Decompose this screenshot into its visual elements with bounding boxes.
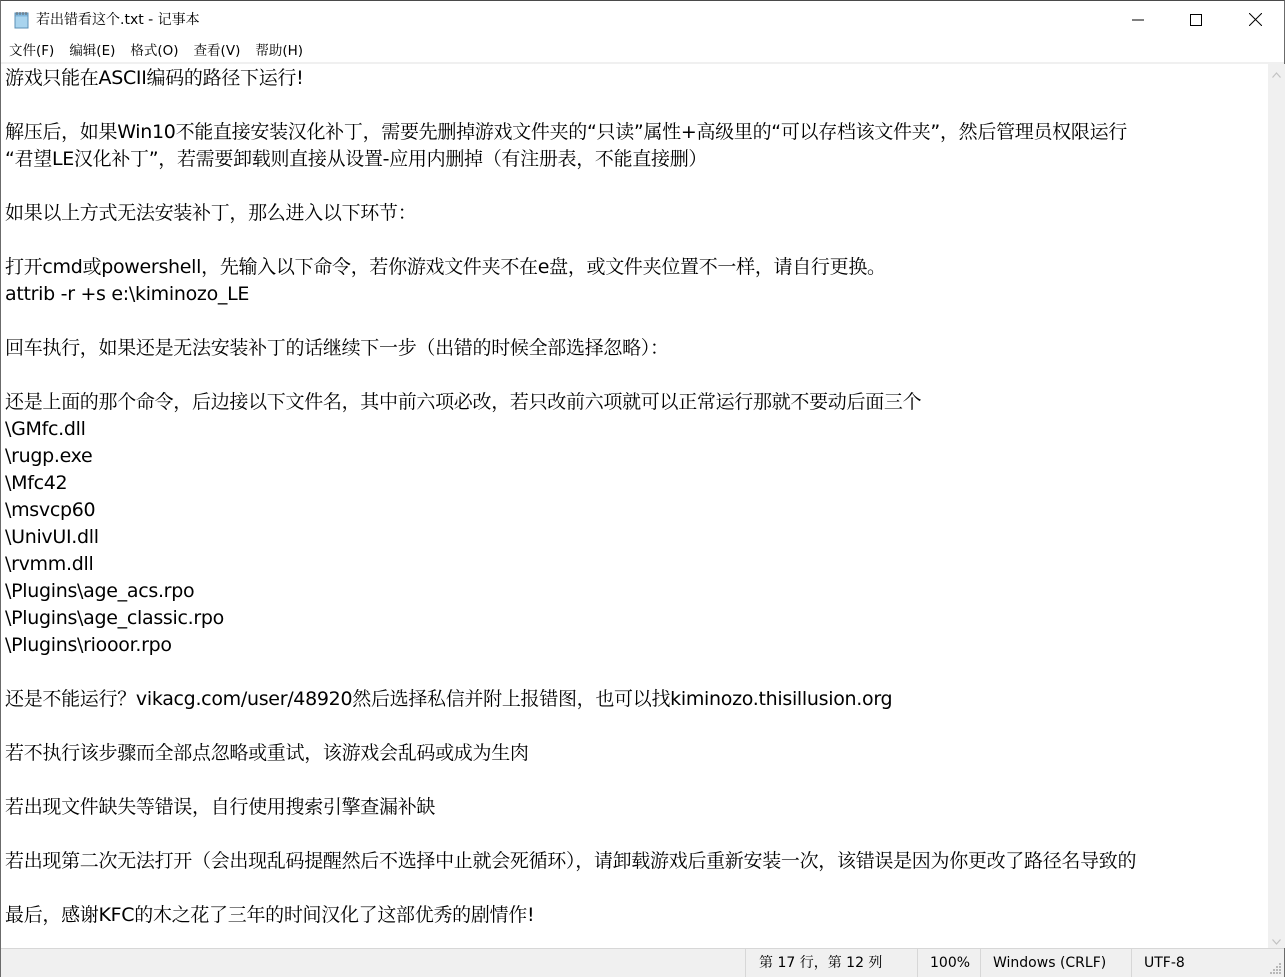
vertical-scrollbar[interactable] [1268,64,1285,948]
close-button[interactable] [1226,1,1284,39]
minimize-button[interactable] [1109,1,1167,39]
chevron-up-icon [1272,63,1281,82]
minimize-icon [1132,11,1144,30]
text-line: 若不执行该步骤而全部点忽略或重试，该游戏会乱码或成为生肉 [5,740,529,767]
text-line: \Plugins\riooor.rpo [5,632,172,659]
text-line: 回车执行，如果还是无法安装补丁的话继续下一步（出错的时候全部选择忽略）： [5,335,669,362]
text-line: “君望LE汉化补丁”，若需要卸载则直接从设置-应用内删掉（有注册表，不能直接删） [5,146,707,173]
text-line: \UnivUI.dll [5,524,99,551]
text-line: 最后，感谢KFC的木之花了三年的时间汉化了这部优秀的剧情作! [5,902,534,929]
resize-grip-icon[interactable] [1270,963,1282,975]
scroll-down-button[interactable] [1268,931,1285,948]
text-line: \msvcp60 [5,497,95,524]
text-line: 解压后，如果Win10不能直接安装汉化补丁，需要先删掉游戏文件夹的“只读”属性+… [5,119,1127,146]
cursor-position: 第 17 行，第 12 列 [745,949,918,977]
text-line: 还是上面的那个命令，后边接以下文件名，其中前六项必改，若只改前六项就可以正常运行… [5,389,921,416]
text-line: \rugp.exe [5,443,92,470]
title-bar[interactable]: 若出错看这个.txt - 记事本 [1,1,1284,39]
encoding: UTF-8 [1131,949,1269,977]
text-line: 打开cmd或powershell，先输入以下命令，若你游戏文件夹不在e盘，或文件… [5,254,886,281]
zoom-level: 100% [917,949,981,977]
notepad-icon [12,10,31,29]
text-line: attrib -r +s e:\kiminozo_LE [5,281,249,308]
text-editor[interactable]: 游戏只能在ASCII编码的路径下运行!解压后，如果Win10不能直接安装汉化补丁… [1,64,1269,948]
scroll-up-button[interactable] [1268,64,1285,81]
line-ending: Windows (CRLF) [980,949,1131,977]
text-line: \rvmm.dll [5,551,93,578]
text-line: \Mfc42 [5,470,67,497]
window-title: 若出错看这个.txt - 记事本 [36,10,200,30]
text-line: \Plugins\age_classic.rpo [5,605,224,632]
menu-format[interactable]: 格式(O) [122,39,185,63]
status-bar: 第 17 行，第 12 列 100% Windows (CRLF) UTF-8 [1,948,1284,977]
menu-edit[interactable]: 编辑(E) [61,39,122,63]
text-line: 游戏只能在ASCII编码的路径下运行! [5,65,303,92]
maximize-button[interactable] [1167,1,1225,39]
menu-file[interactable]: 文件(F) [1,39,61,63]
chevron-down-icon [1272,930,1281,949]
close-icon [1249,11,1262,30]
text-line: 如果以上方式无法安装补丁，那么进入以下环节： [5,200,416,227]
menu-bar: 文件(F) 编辑(E) 格式(O) 查看(V) 帮助(H) [1,39,1284,63]
text-line: \GMfc.dll [5,416,86,443]
menu-view[interactable]: 查看(V) [186,39,248,63]
menu-help[interactable]: 帮助(H) [247,39,310,63]
notepad-window: 若出错看这个.txt - 记事本 文件(F) 编辑(E) 格式(O) 查看(V)… [0,0,1285,977]
text-line: 若出现文件缺失等错误，自行使用搜索引擎查漏补缺 [5,794,435,821]
text-line: 若出现第二次无法打开（会出现乱码提醒然后不选择中止就会死循环），请卸载游戏后重新… [5,848,1136,875]
text-line: \Plugins\age_acs.rpo [5,578,194,605]
text-line: 还是不能运行？vikacg.com/user/48920然后选择私信并附上报错图… [5,686,892,713]
maximize-icon [1190,11,1202,30]
